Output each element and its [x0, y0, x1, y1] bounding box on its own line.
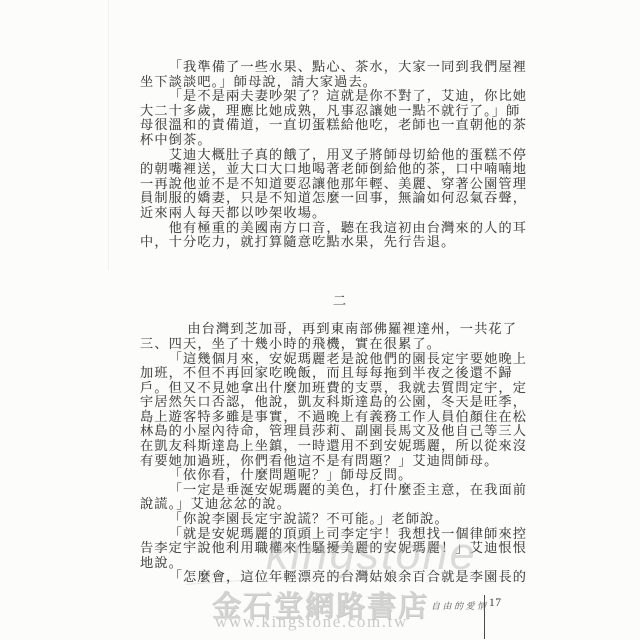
text-line: 「我準備了一些水果、點心、茶水，大家一同到我們屋裡 — [140, 60, 540, 75]
text-line: 林島的小屋內待命，管理員莎莉、副園長馬文及他自己等三人 — [140, 424, 540, 439]
text-line: 由台灣到芝加哥，再到東南部佛羅裡達州，一共花了 — [140, 322, 540, 337]
text-line: 「怎麼會，這位年輕漂亮的台灣姑娘余百合就是李園長的 — [140, 570, 540, 585]
text-line: 坐下談談吧。」師母說，請大家過去。 — [140, 75, 540, 90]
text-line: 「依你看，什麼問題呢？」師母反問。 — [140, 468, 540, 483]
text-line: 加班，不但不再回家吃晚飯，而且每每拖到半夜之後還不歸 — [140, 366, 540, 381]
text-line: 母很溫和的責備道，一直切蛋糕給他吃，老師也一直朝他的茶 — [140, 118, 540, 133]
body-text: 「我準備了一些水果、點心、茶水，大家一同到我們屋裡坐下談談吧。」師母說，請大家過… — [140, 60, 540, 585]
text-line: 他有極重的美國南方口音，聽在我這初由台灣來的人的耳 — [140, 221, 540, 236]
text-line: 「這幾個月來，安妮瑪麗老是說他們的園長定宇要她晚上 — [140, 352, 540, 367]
footer-divider-line — [484, 595, 485, 639]
kingstone-url-watermark: www.kingstone.com.tw — [215, 612, 408, 632]
running-book-title: 自由的愛情 — [431, 599, 489, 612]
text-line: 「你說李園長定宇說謊？不可能。」老師說。 — [140, 512, 540, 527]
book-page: 「我準備了一些水果、點心、茶水，大家一同到我們屋裡坐下談談吧。」師母說，請大家過… — [0, 0, 640, 640]
scan-edge-line — [108, 0, 109, 270]
section-heading: 二 — [140, 294, 540, 309]
page-number: 17 — [489, 597, 502, 609]
text-line: 宇居然矢口否認，他說，凱友科斯達島的公園，冬天是旺季， — [140, 395, 540, 410]
text-line: 的朝嘴裡送，並大口大口地喝著老師倒給他的茶，口中喃喃地 — [140, 162, 540, 177]
text-line: 艾迪大概肚子真的餓了，用叉子將師母切給他的蛋糕不停 — [140, 148, 540, 163]
text-line: 中，十分吃力，就打算隨意吃點水果，先行告退。 — [140, 235, 540, 250]
text-line: 近來兩人每天都以吵架收場。 — [140, 206, 540, 221]
text-line: 說謊。」艾迪忿忿的說。 — [140, 497, 540, 512]
text-line: 「是不是兩夫妻吵架了？這就是你不對了，艾迪，你比她 — [140, 89, 540, 104]
text-line: 三、四天，坐了十幾小時的飛機，實在很累了。 — [140, 337, 540, 352]
text-line: 在凱友科斯達島上坐鎮，一時還用不到安妮瑪麗，所以從來沒 — [140, 439, 540, 454]
text-line: 杯中倒茶。 — [140, 133, 540, 148]
text-line: 告李定宇說他利用職權來性騷擾美麗的安妮瑪麗！」艾迪恨恨 — [140, 541, 540, 556]
text-line: 員制服的嬌妻，只是不知道怎麼一回事，無論如何忍氣吞聲， — [140, 191, 540, 206]
